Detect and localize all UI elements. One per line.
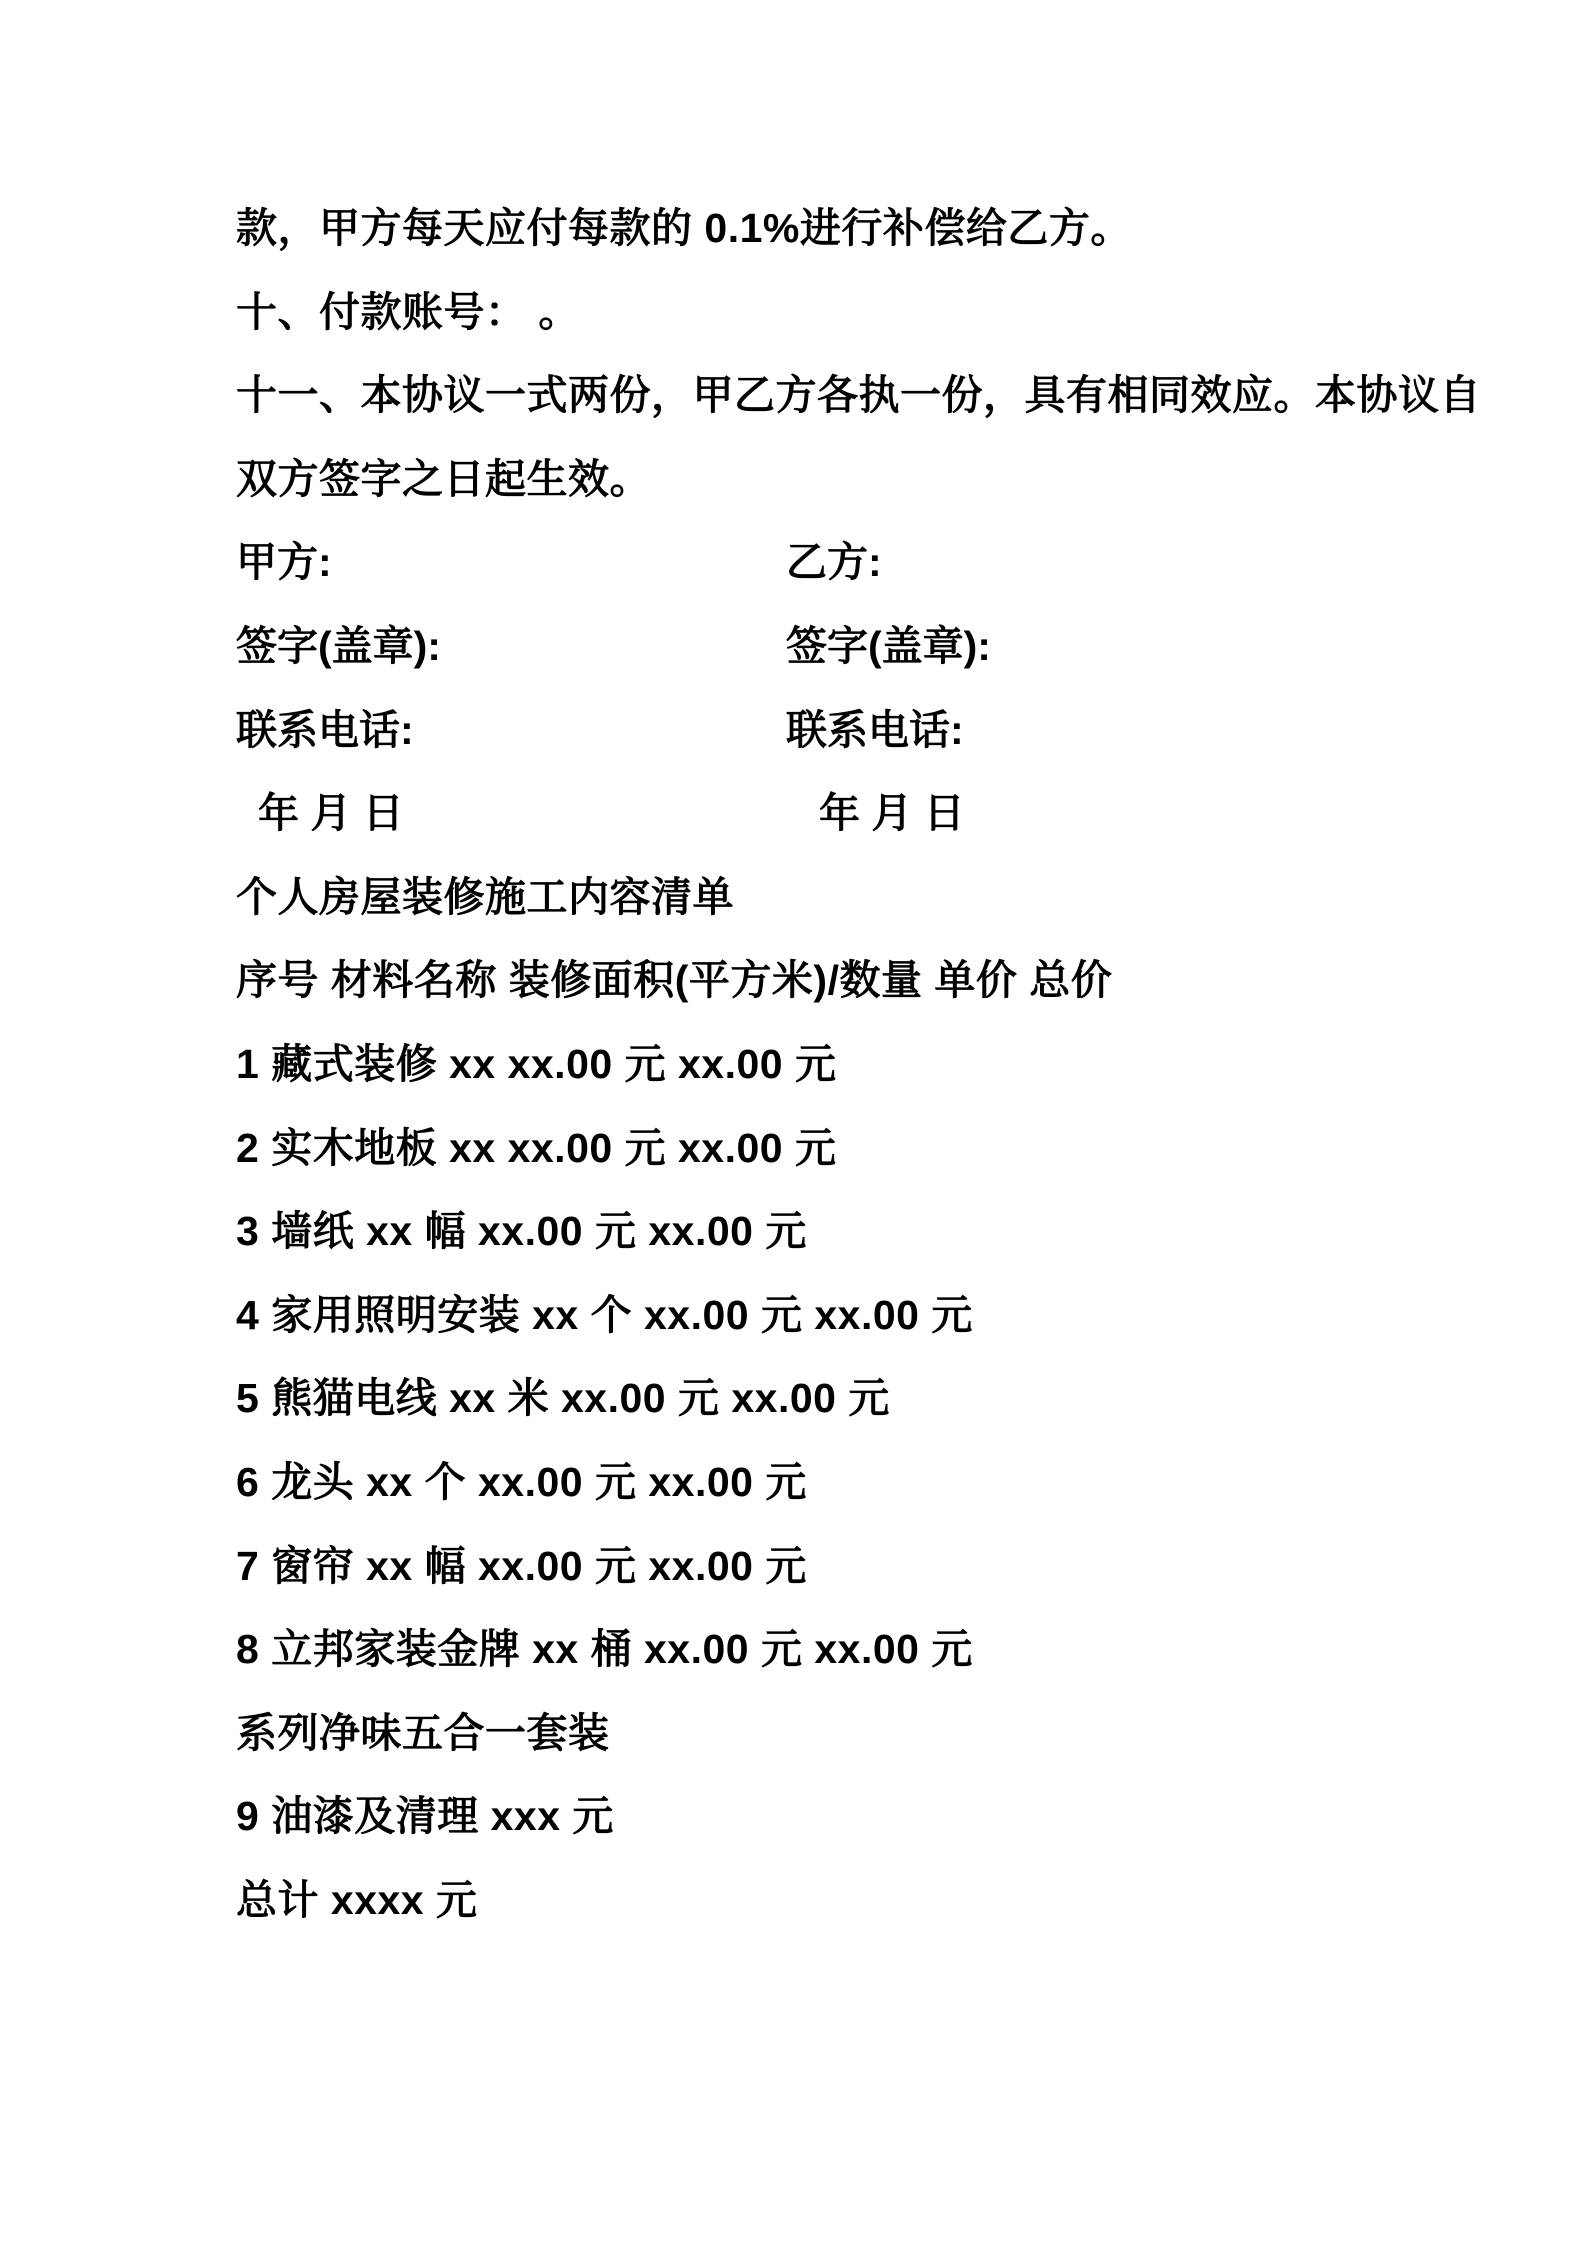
phone-row: 联系电话: 联系电话: <box>236 689 1486 773</box>
list-item-8-continuation: 系列净味五合一套装 <box>236 1692 1486 1776</box>
date-b-label: 年 月 日 <box>819 772 965 856</box>
list-item-1: 1 藏式装修 xx xx.00 元 xx.00 元 <box>236 1023 1486 1107</box>
list-title: 个人房屋装修施工内容清单 <box>236 856 1486 940</box>
list-item-4: 4 家用照明安装 xx 个 xx.00 元 xx.00 元 <box>236 1274 1486 1358</box>
party-labels-row: 甲方: 乙方: <box>236 521 1486 605</box>
date-row: 年 月 日 年 月 日 <box>236 772 1486 856</box>
phone-a-label: 联系电话: <box>236 689 414 773</box>
clause-eleven-line1: 十一、本协议一式两份，甲乙方各执一份，具有相同效应。本协议自 <box>236 354 1486 438</box>
list-item-5: 5 熊猫电线 xx 米 xx.00 元 xx.00 元 <box>236 1357 1486 1441</box>
list-total: 总计 xxxx 元 <box>236 1859 1486 1943</box>
list-header: 序号 材料名称 装修面积(平方米)/数量 单价 总价 <box>236 939 1486 1023</box>
list-item-8: 8 立邦家装金牌 xx 桶 xx.00 元 xx.00 元 <box>236 1608 1486 1692</box>
list-item-2: 2 实木地板 xx xx.00 元 xx.00 元 <box>236 1107 1486 1191</box>
phone-b-label: 联系电话: <box>786 689 964 773</box>
list-item-9: 9 油漆及清理 xxx 元 <box>236 1775 1486 1859</box>
list-item-6: 6 龙头 xx 个 xx.00 元 xx.00 元 <box>236 1441 1486 1525</box>
list-item-7: 7 窗帘 xx 幅 xx.00 元 xx.00 元 <box>236 1525 1486 1609</box>
sign-seal-a-label: 签字(盖章): <box>236 605 441 689</box>
date-a-label: 年 月 日 <box>258 772 404 856</box>
sign-seal-b-label: 签字(盖章): <box>786 605 991 689</box>
clause-overflow-text: 款，甲方每天应付每款的 0.1%进行补偿给乙方。 <box>236 187 1486 271</box>
sign-seal-row: 签字(盖章): 签字(盖章): <box>236 605 1486 689</box>
document-page: 款，甲方每天应付每款的 0.1%进行补偿给乙方。 十、付款账号： 。 十一、本协… <box>0 0 1586 2244</box>
party-b-label: 乙方: <box>786 521 882 605</box>
clause-eleven-line2: 双方签字之日起生效。 <box>236 438 1486 522</box>
list-item-3: 3 墙纸 xx 幅 xx.00 元 xx.00 元 <box>236 1190 1486 1274</box>
party-a-label: 甲方: <box>236 521 332 605</box>
clause-ten-text: 十、付款账号： 。 <box>236 271 1486 355</box>
